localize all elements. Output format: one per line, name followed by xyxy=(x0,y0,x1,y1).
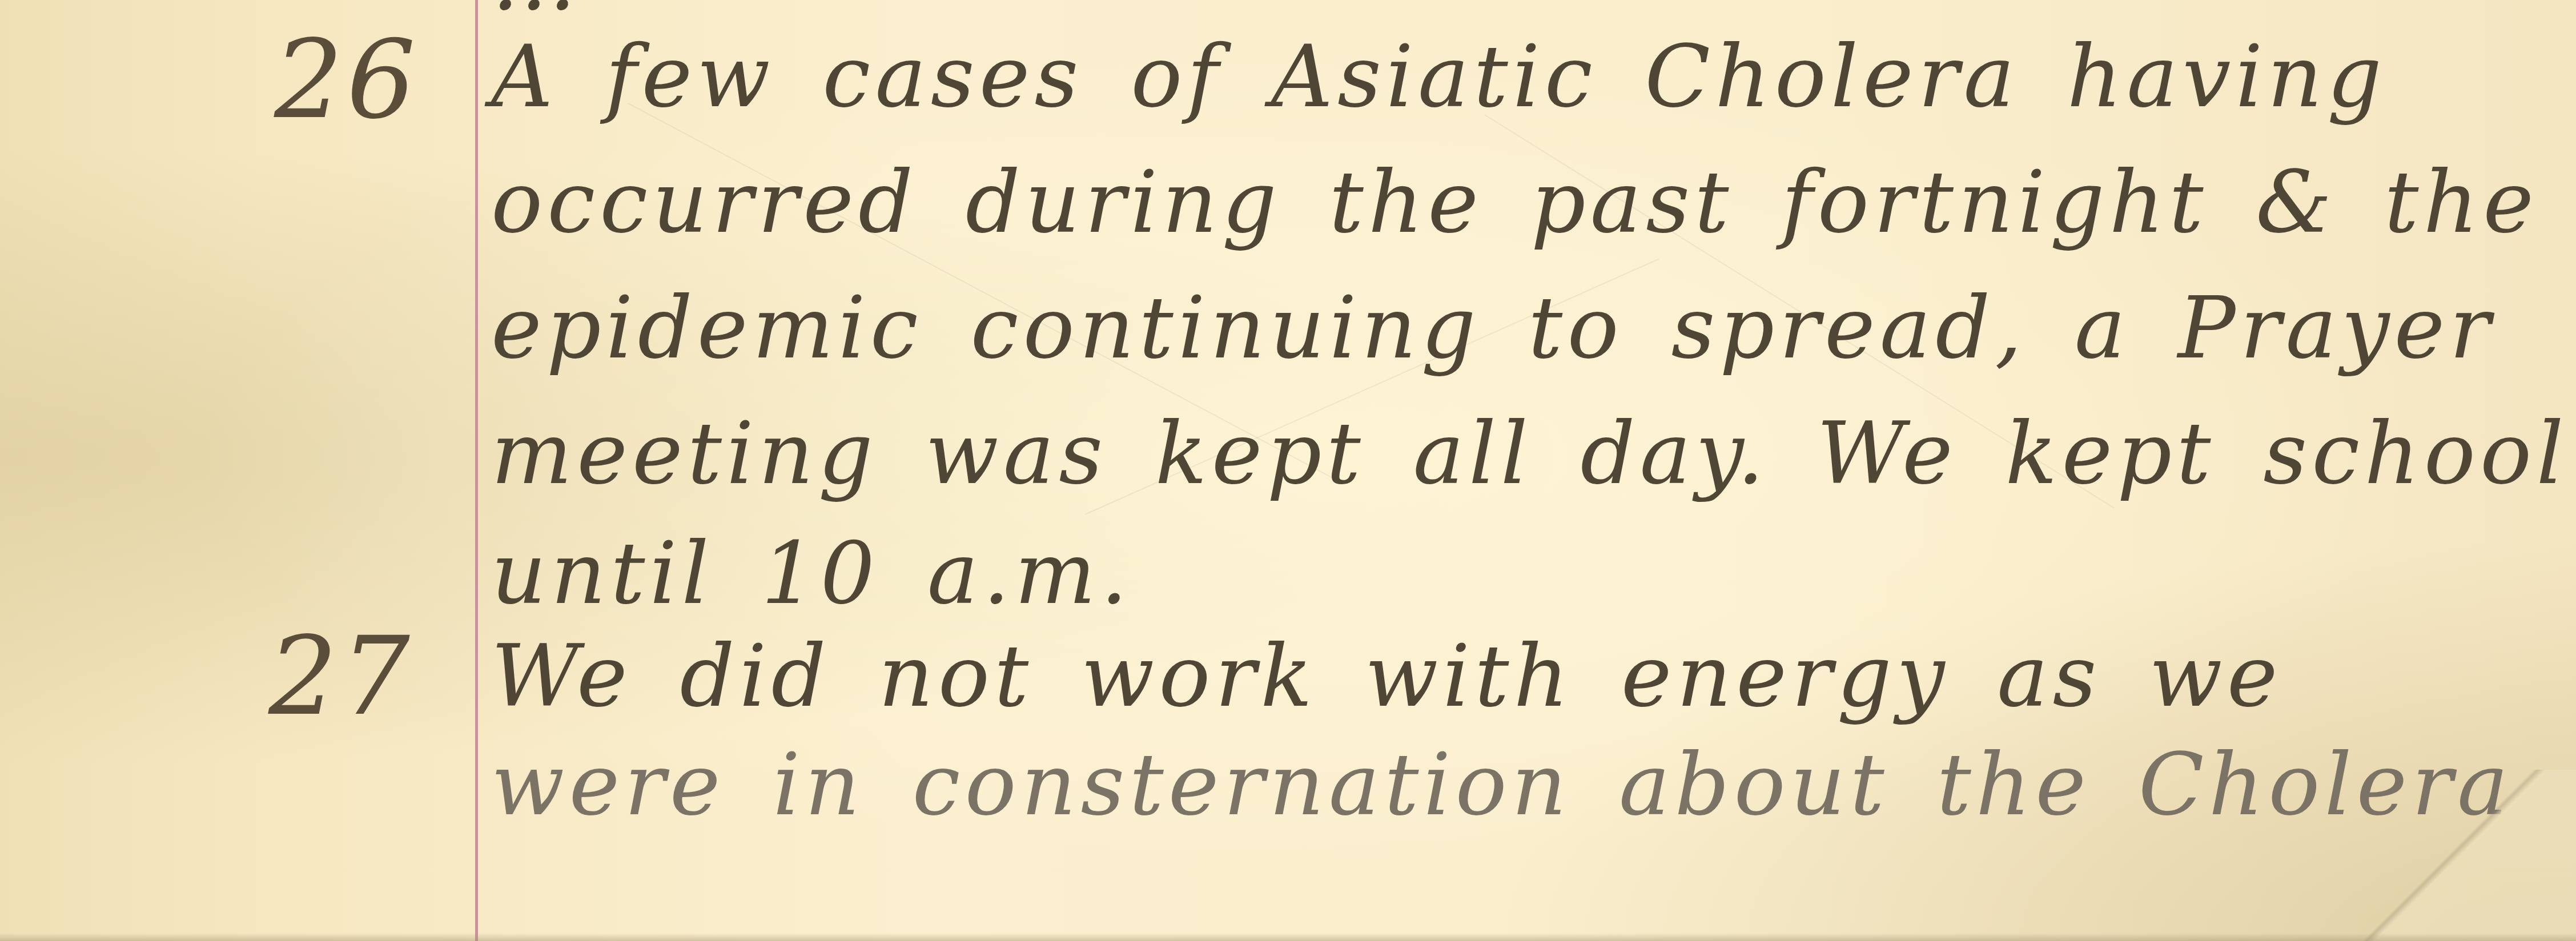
entry-date: 26 xyxy=(274,26,419,134)
top-fragment-text: … xyxy=(491,0,581,23)
entry-line: occurred during the past fortnight & the xyxy=(491,160,2538,246)
entry-line: epidemic continuing to spread, a Prayer xyxy=(491,285,2495,371)
entry-line: were in consternation about the Cholera xyxy=(491,742,2513,828)
entry-line: meeting was kept all day. We kept school xyxy=(491,411,2568,497)
entry-text-column: … A few cases of Asiatic Cholera having … xyxy=(491,0,2547,941)
page-bottom-edge xyxy=(0,933,2576,941)
entry-line: A few cases of Asiatic Cholera having xyxy=(491,34,2386,120)
margin-rule xyxy=(475,0,478,941)
entry-line: We did not work with energy as we xyxy=(491,634,2282,719)
date-column: 26 27 xyxy=(0,0,474,941)
entry-line: until 10 a.m. xyxy=(491,531,1132,617)
torn-page-corner xyxy=(2336,770,2576,941)
manuscript-page: 26 27 … A few cases of Asiatic Cholera h… xyxy=(0,0,2576,941)
entry-date: 27 xyxy=(268,622,413,731)
